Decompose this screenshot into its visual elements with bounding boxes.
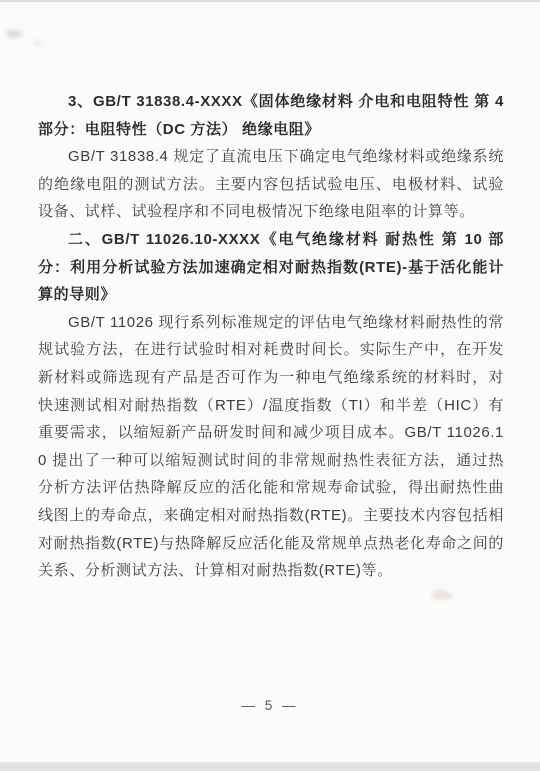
scan-top-edge [0, 0, 540, 2]
scan-bottom-edge [0, 762, 540, 771]
scanned-document-page: 3、GB/T 31838.4-XXXX《固体绝缘材料 介电和电阻特性 第 4 部… [0, 0, 540, 771]
document-text-block: 3、GB/T 31838.4-XXXX《固体绝缘材料 介电和电阻特性 第 4 部… [38, 88, 504, 585]
section-heading-gbt-11026: 二、GB/T 11026.10-XXXX《电气绝缘材料 耐热性 第 10 部分：… [38, 226, 504, 309]
paragraph-gbt-11026-description: GB/T 11026 现行系列标准规定的评估电气绝缘材料耐热性的常规试验方法，在… [38, 309, 504, 585]
section-heading-gbt-31838: 3、GB/T 31838.4-XXXX《固体绝缘材料 介电和电阻特性 第 4 部… [38, 88, 504, 143]
page-number: — 5 — [0, 698, 540, 713]
scan-smudge [6, 30, 22, 38]
paragraph-gbt-31838-description: GB/T 31838.4 规定了直流电压下确定电气绝缘材料或绝缘系统的绝缘电阻的… [38, 143, 504, 226]
scan-smudge [34, 40, 42, 45]
scan-smudge [446, 594, 453, 599]
scan-smudge [432, 590, 448, 600]
